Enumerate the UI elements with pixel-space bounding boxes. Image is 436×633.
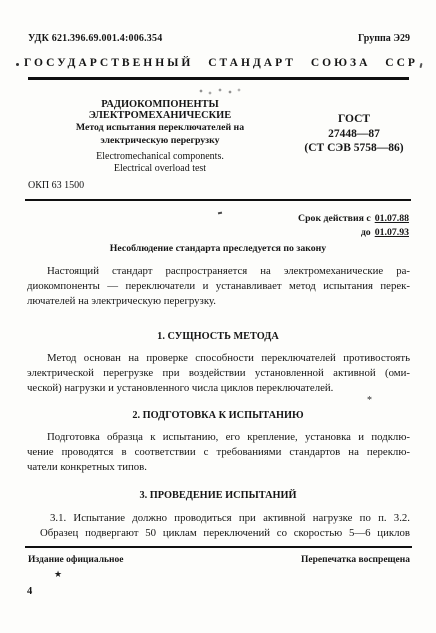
section-heading-2: 2. ПОДГОТОВКА К ИСПЫТАНИЮ [28,410,408,421]
validity-period: Срок действия с01.07.88 до01.07.93 [298,212,409,239]
scan-asterisk: * [367,395,372,406]
scan-speck [218,212,222,215]
gost-designation: ГОСТ 27448—87 (СТ СЭВ 5758—86) [292,112,416,156]
text-line: лючателей на электрическую перегрузку. [27,294,410,309]
validity-to-line: до01.07.93 [298,226,409,240]
page-number: 4 [27,586,32,597]
text-line: Образец подвергают 50 циклам переключени… [40,526,410,541]
text-line: ческой) нагрузки и установленного числа … [27,381,410,396]
footnote-star-icon: ★ [54,569,62,580]
validity-from-prefix: Срок действия с [298,213,371,224]
standard-org-title: ГОСУДАРСТВЕННЫЙ СТАНДАРТ СОЮЗА ССР [24,57,412,69]
section-heading-1: 1. СУЩНОСТЬ МЕТОДА [28,331,408,342]
gost-label: ГОСТ [292,112,416,127]
validity-to-date: 01.07.93 [375,227,409,238]
footer-edition-note: Издание официальное [28,555,124,565]
validity-to-prefix: до [361,227,371,238]
scan-speck [16,63,19,66]
document-subtitle-ru: Метод испытания переключателей на электр… [36,122,284,147]
udk-code: УДК 621.396.69.001.4:006.354 [28,33,162,44]
text-line: Подготовка образца к испытанию, его креп… [27,430,410,445]
divider-footer [25,546,412,548]
section-3-paragraph: 3.1. Испытание должно проводиться при ак… [40,511,410,541]
subtitle-ru-line1: Метод испытания переключателей на [36,122,284,135]
text-line: 3.1. Испытание должно проводиться при ак… [40,511,410,526]
subtitle-ru-line2: электрическую перегрузку [36,135,284,148]
text-line: Настоящий стандарт распространяется на э… [27,264,410,279]
validity-from-date: 01.07.88 [375,213,409,224]
text-line: Метод основан на проверке способности пе… [27,351,410,366]
validity-from-line: Срок действия с01.07.88 [298,212,409,226]
okp-code: ОКП 63 1500 [28,180,84,191]
text-line: диокомпоненты — переключатели и устанавл… [27,279,410,294]
document-page: УДК 621.396.69.001.4:006.354 Группа Э29 … [0,0,436,633]
document-title-en: Electromechanical components. Electrical… [36,151,284,175]
scan-speck [419,63,422,68]
divider-thick [28,77,409,80]
group-code: Группа Э29 [358,33,410,44]
law-notice: Несоблюдение стандарта преследуется по з… [28,243,408,254]
title-en-line1: Electromechanical components. [36,151,284,163]
text-line: чение проводятся в соответствии с требов… [27,445,410,460]
gost-sev-number: (СТ СЭВ 5758—86) [292,141,416,156]
section-heading-3: 3. ПРОВЕДЕНИЕ ИСПЫТАНИЙ [28,490,408,501]
gost-number: 27448—87 [292,127,416,142]
section-1-paragraph: Метод основан на проверке способности пе… [27,351,410,397]
divider-medium [25,199,411,201]
title-en-line2: Electrical overload test [36,163,284,175]
intro-paragraph: Настоящий стандарт распространяется на э… [27,264,410,310]
text-line: чатели конкретных типов. [27,460,410,475]
footer-reprint-note: Перепечатка воспрещена [301,555,410,565]
scan-smudge [197,88,245,95]
text-line: электрической перегрузке при воздействии… [27,366,410,381]
document-title-ru: РАДИОКОМПОНЕНТЫ ЭЛЕКТРОМЕХАНИЧЕСКИЕ [36,99,284,121]
section-2-paragraph: Подготовка образца к испытанию, его креп… [27,430,410,476]
